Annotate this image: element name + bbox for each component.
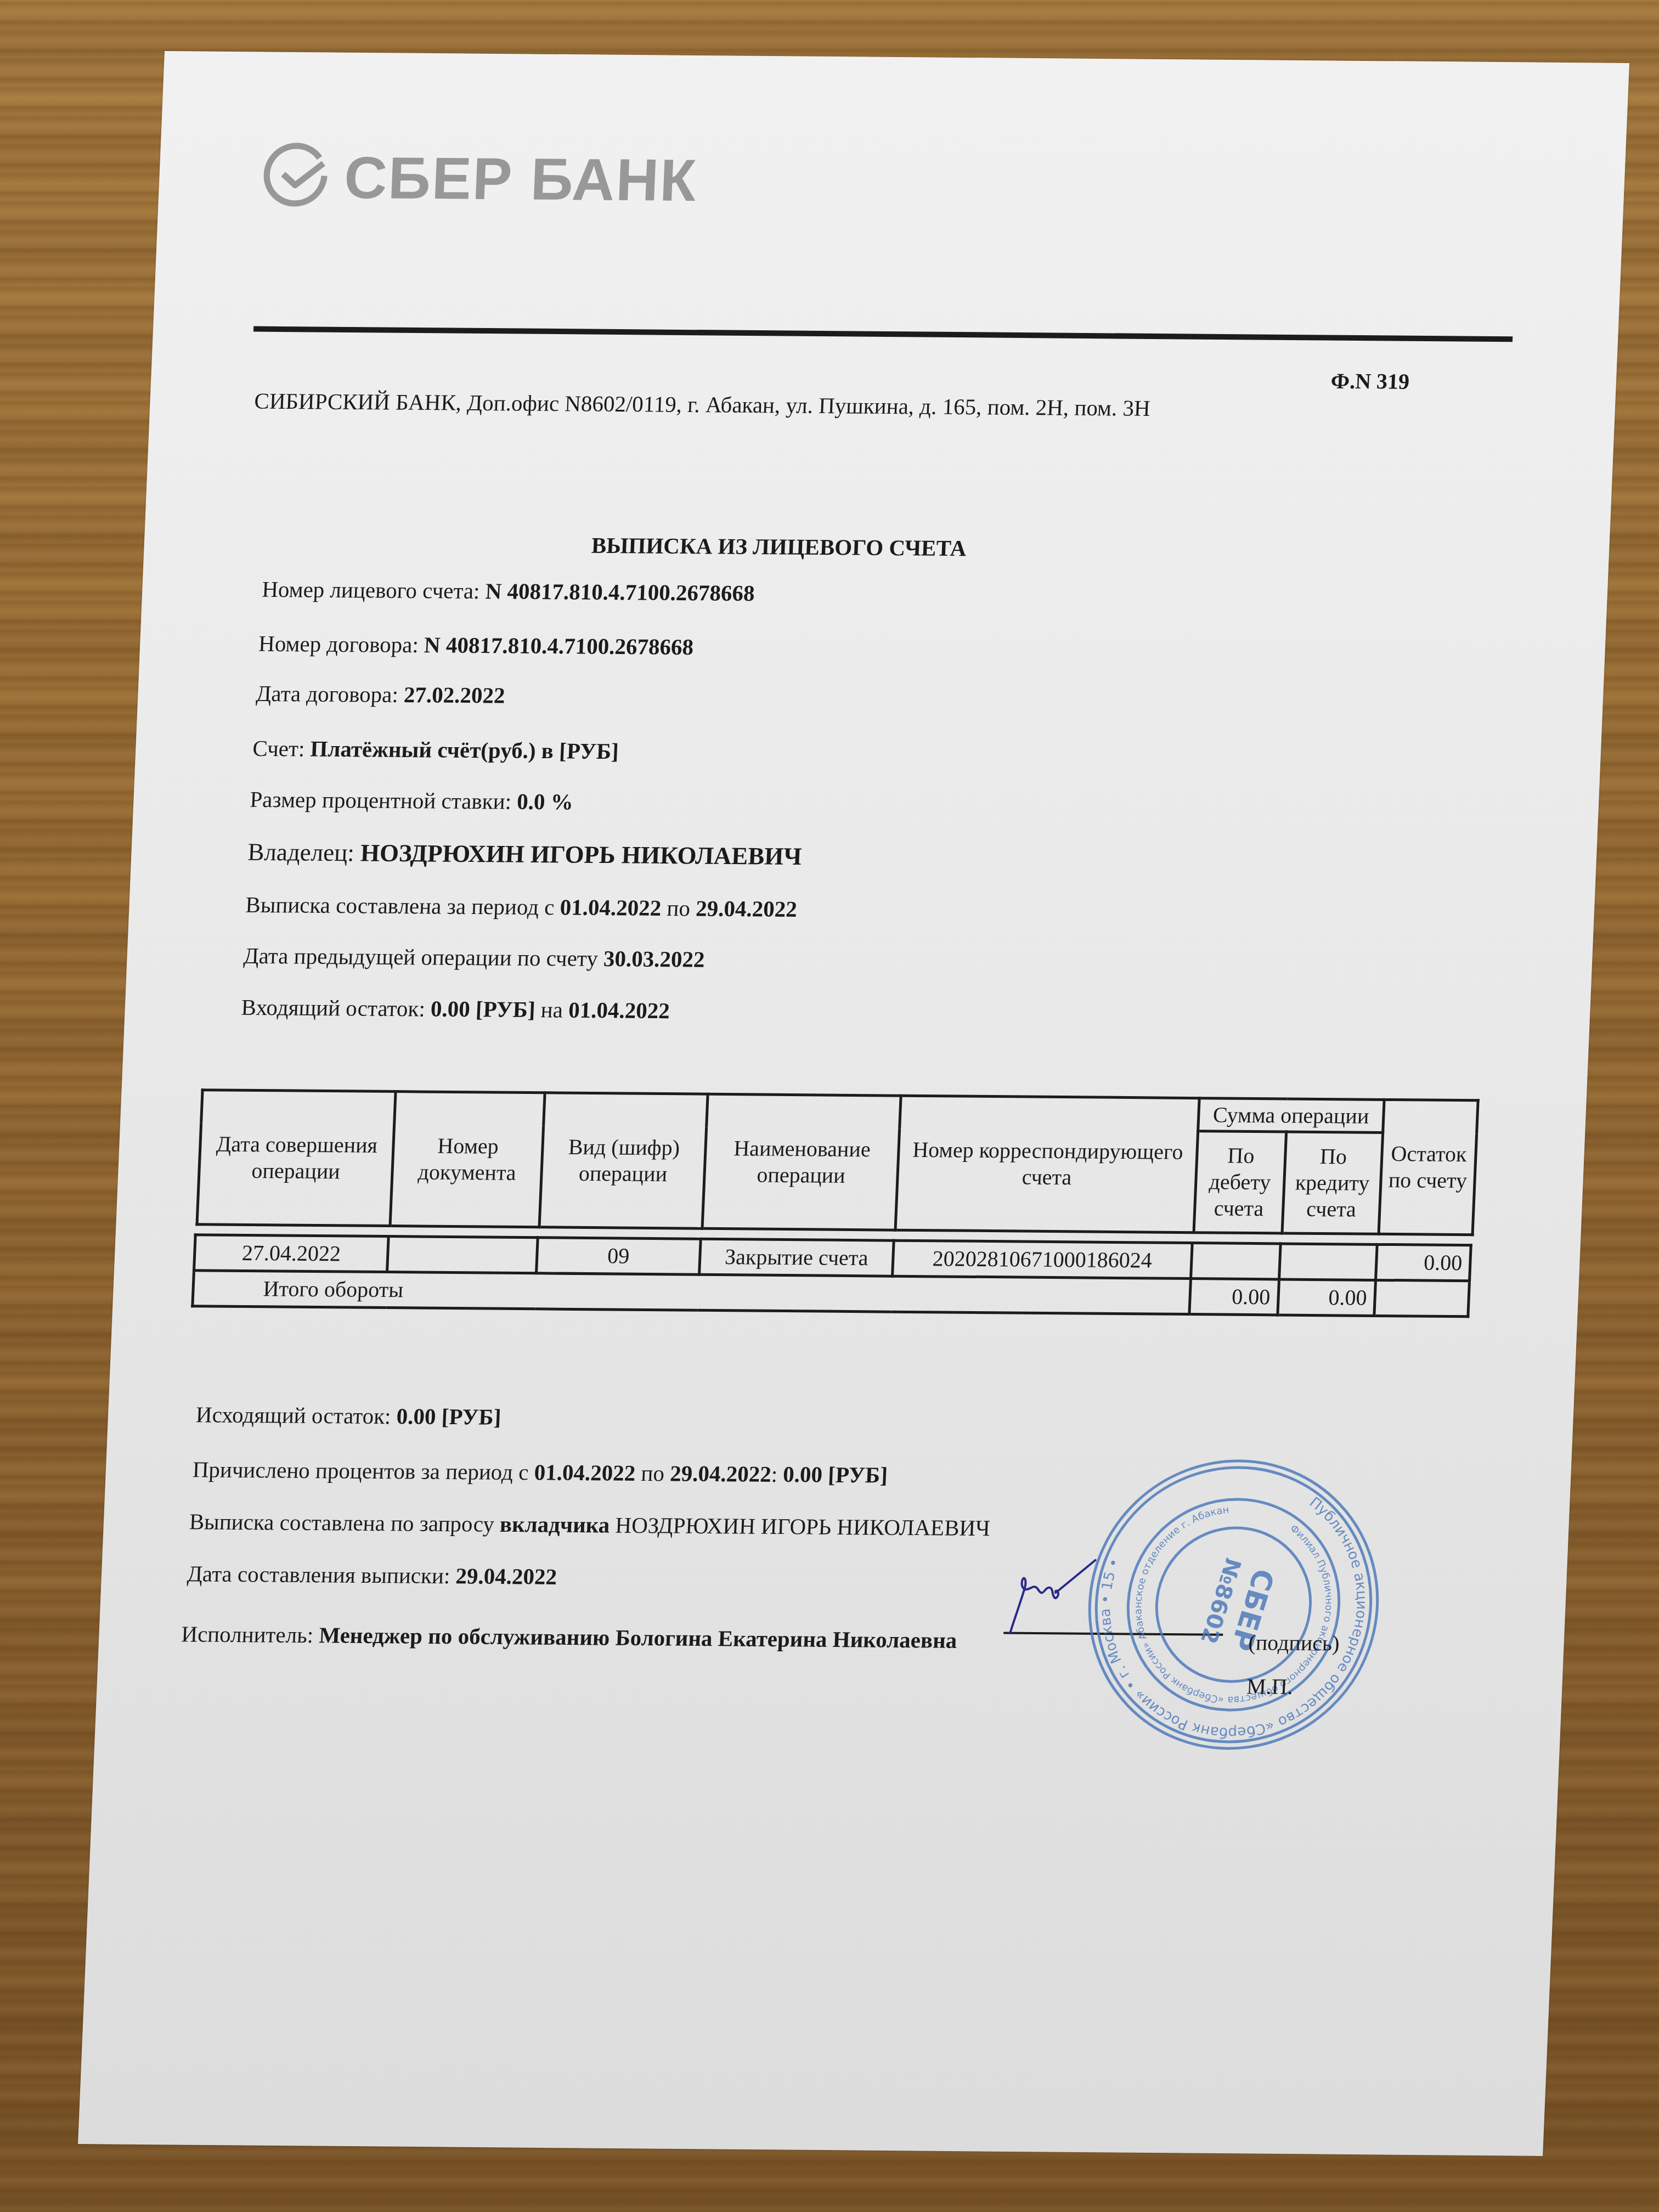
field-label: Размер процентной ставки:	[250, 787, 518, 814]
operations-table-header: Дата совершения операции Номер документа…	[195, 1088, 1479, 1236]
field-value: Менеджер по обслуживанию Бологина Екатер…	[319, 1622, 958, 1653]
requested-by: Выписка составлена по запросу вкладчика …	[189, 1508, 991, 1541]
field-opening-balance: Входящий остаток: 0.00 [РУБ] на 01.04.20…	[241, 994, 670, 1024]
field-value: N 40817.810.4.7100.2678668	[424, 632, 694, 659]
field-value: 0.00 [РУБ]	[396, 1403, 501, 1430]
interest-value: 0.00 [РУБ]	[782, 1462, 888, 1488]
col-header-corr-account: Номер корреспондирующего счета	[895, 1096, 1199, 1232]
field-prev-operation: Дата предыдущей операции по счету 30.03.…	[243, 943, 706, 973]
operations-table-body: 27.04.2022 09 Закрытие счета 20202810671…	[191, 1233, 1472, 1318]
period-sep: по	[661, 895, 696, 921]
field-value: N 40817.810.4.7100.2678668	[485, 578, 755, 606]
requester-name: НОЗДРЮХИН ИГОРЬ НИКОЛАЕВИЧ	[609, 1513, 990, 1541]
sber-check-circle-icon	[261, 143, 332, 212]
totals-balance	[1374, 1280, 1470, 1316]
requester-role: вкладчика	[499, 1511, 610, 1538]
interest-colon: :	[771, 1462, 784, 1487]
field-label: Номер лицевого счета:	[262, 577, 486, 603]
handwritten-signature	[999, 1556, 1128, 1639]
totals-debit: 0.00	[1189, 1279, 1279, 1315]
col-header-op-code: Вид (шифр) операции	[539, 1093, 708, 1228]
col-header-op-name: Наименование операции	[702, 1094, 901, 1230]
field-label: Исполнитель:	[181, 1621, 320, 1647]
field-label: Входящий остаток:	[241, 995, 431, 1022]
field-label: Причислено процентов за период с	[192, 1457, 535, 1485]
interest-to: 29.04.2022	[669, 1460, 771, 1487]
field-account-number: Номер лицевого счета: N 40817.810.4.7100…	[261, 576, 755, 606]
bank-branch-address: СИБИРСКИЙ БАНК, Доп.офис N8602/0119, г. …	[254, 388, 1151, 421]
seal-caption: М.П.	[1246, 1673, 1293, 1700]
field-interest-rate: Размер процентной ставки: 0.0 %	[250, 786, 574, 815]
closing-balance: Исходящий остаток: 0.00 [РУБ]	[195, 1401, 501, 1430]
statement-paper: СБЕР БАНК Ф.N 319 СИБИРСКИЙ БАНК, Доп.оф…	[78, 51, 1629, 2156]
executor: Исполнитель: Менеджер по обслуживанию Бо…	[181, 1621, 958, 1654]
col-header-balance: Остаток по счету	[1379, 1099, 1478, 1234]
field-contract-number: Номер договора: N 40817.810.4.7100.26786…	[258, 630, 694, 660]
cell-debit	[1190, 1243, 1280, 1279]
balance-date: 01.04.2022	[568, 997, 670, 1024]
interest-sep: по	[635, 1460, 670, 1486]
field-period: Выписка составлена за период с 01.04.202…	[245, 891, 798, 922]
field-value: 29.04.2022	[455, 1563, 557, 1589]
col-header-amount-group: Сумма операции	[1198, 1098, 1384, 1133]
cell-date: 27.04.2022	[194, 1235, 389, 1272]
field-label: Дата предыдущей операции по счету	[243, 943, 604, 971]
field-value: Платёжный счёт(руб.) в [РУБ]	[310, 736, 619, 764]
sberbank-logo: СБЕР БАНК	[261, 143, 698, 215]
balance-sep: на	[535, 997, 569, 1022]
form-number: Ф.N 319	[1330, 368, 1410, 394]
signature-caption: (подпись)	[1248, 1629, 1340, 1656]
col-header-doc-number: Номер документа	[390, 1092, 545, 1227]
totals-label: Итого обороты	[193, 1271, 1190, 1314]
interest-accrued: Причислено процентов за период с 01.04.2…	[192, 1456, 888, 1488]
col-header-debit: По дебету счета	[1194, 1131, 1286, 1233]
field-label: Исходящий остаток:	[195, 1402, 397, 1429]
document-title: ВЫПИСКА ИЗ ЛИЦЕВОГО СЧЕТА	[591, 532, 967, 562]
field-value: 30.03.2022	[603, 946, 705, 972]
field-owner: Владелец: НОЗДРЮХИН ИГОРЬ НИКОЛАЕВИЧ	[247, 838, 803, 871]
cell-credit	[1279, 1244, 1377, 1280]
statement-date: Дата составления выписки: 29.04.2022	[187, 1560, 557, 1590]
cell-op-name: Закрытие счета	[699, 1239, 894, 1276]
field-label: Владелец:	[247, 838, 362, 867]
field-contract-date: Дата договора: 27.02.2022	[256, 680, 506, 709]
logo-text: СБЕР БАНК	[343, 143, 698, 215]
field-label: Дата составления выписки:	[187, 1561, 456, 1588]
header-rule	[253, 326, 1513, 342]
field-account: Счет: Платёжный счёт(руб.) в [РУБ]	[252, 735, 619, 764]
field-label: Выписка составлена по запросу	[189, 1509, 500, 1537]
cell-op-code: 09	[537, 1238, 701, 1274]
field-label: Дата договора:	[256, 681, 404, 707]
field-value: НОЗДРЮХИН ИГОРЬ НИКОЛАЕВИЧ	[360, 839, 802, 870]
col-header-credit: По кредиту счета	[1282, 1132, 1383, 1234]
field-label: Номер договора:	[258, 631, 425, 657]
totals-credit: 0.00	[1278, 1279, 1376, 1316]
field-value: 0.00 [РУБ]	[430, 996, 535, 1023]
period-to: 29.04.2022	[695, 895, 797, 922]
cell-doc-number	[387, 1237, 538, 1273]
field-value: 27.02.2022	[403, 682, 505, 708]
field-label: Выписка составлена за период с	[245, 892, 561, 920]
field-value: 0.0 %	[516, 789, 573, 815]
field-label: Счет:	[252, 736, 311, 761]
period-from: 01.04.2022	[560, 894, 662, 921]
col-header-date: Дата совершения операции	[197, 1090, 396, 1226]
cell-balance: 0.00	[1375, 1244, 1471, 1280]
interest-from: 01.04.2022	[534, 1459, 636, 1486]
cell-corr-account: 20202810671000186024	[893, 1240, 1192, 1278]
